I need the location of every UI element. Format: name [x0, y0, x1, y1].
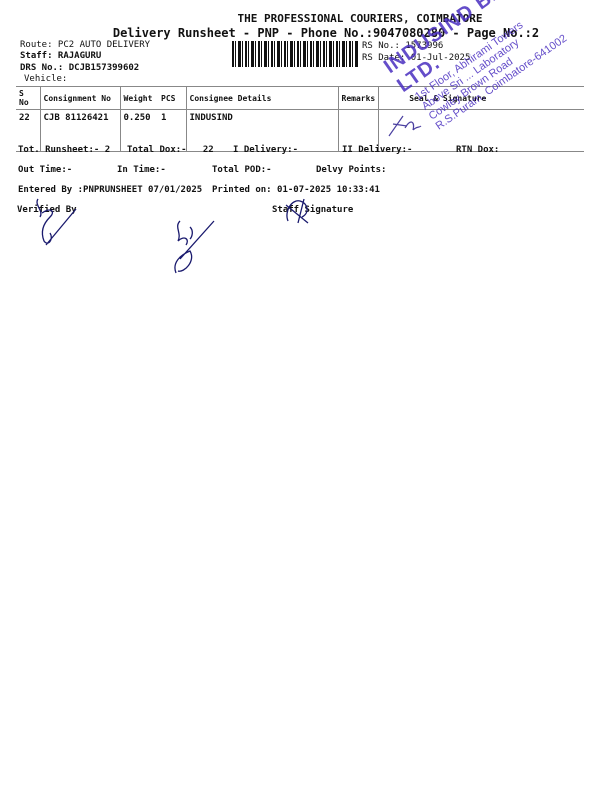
col-remarks: Remarks [338, 87, 379, 110]
printed-on: Printed on: 01-07-2025 10:33:41 [212, 185, 380, 195]
total-dox: Total Dox:- 22 [127, 145, 214, 155]
col-weight: Weight [120, 87, 158, 110]
rtn-dox: RTN Dox: [456, 145, 499, 155]
tot-runsheet: Tot. Runsheet:- 2 [18, 145, 110, 155]
total-pod: Total POD:- [212, 165, 272, 175]
col-s-no: S No [16, 87, 40, 110]
verifier-signature-icon [30, 195, 80, 255]
in-time: In Time:- [117, 165, 166, 175]
second-signature-icon [170, 215, 220, 277]
staff: Staff: RAJAGURU [20, 51, 101, 61]
entered-by: Entered By :PNPRUNSHEET 07/01/2025 [18, 185, 202, 195]
vehicle: Vehicle: [24, 74, 67, 84]
receiver-signature-icon [385, 108, 425, 140]
i-delivery: I Delivery:- [233, 145, 298, 155]
out-time: Out Time:- [18, 165, 72, 175]
delvy-points: Delvy Points: [316, 165, 386, 175]
staff-signature-icon [282, 195, 316, 227]
route: Route: PC2 AUTO DELIVERY [20, 40, 150, 50]
drs-no: DRS No.: DCJB157399602 [20, 63, 139, 73]
col-consignment-no: Consignment No [40, 87, 120, 110]
ii-delivery: II Delivery:- [342, 145, 412, 155]
col-pcs: PCS [158, 87, 186, 110]
col-consignee-details: Consignee Details [186, 87, 338, 110]
barcode [232, 41, 358, 67]
runsheet-table: S No Consignment No Weight PCS Consignee… [16, 86, 584, 152]
